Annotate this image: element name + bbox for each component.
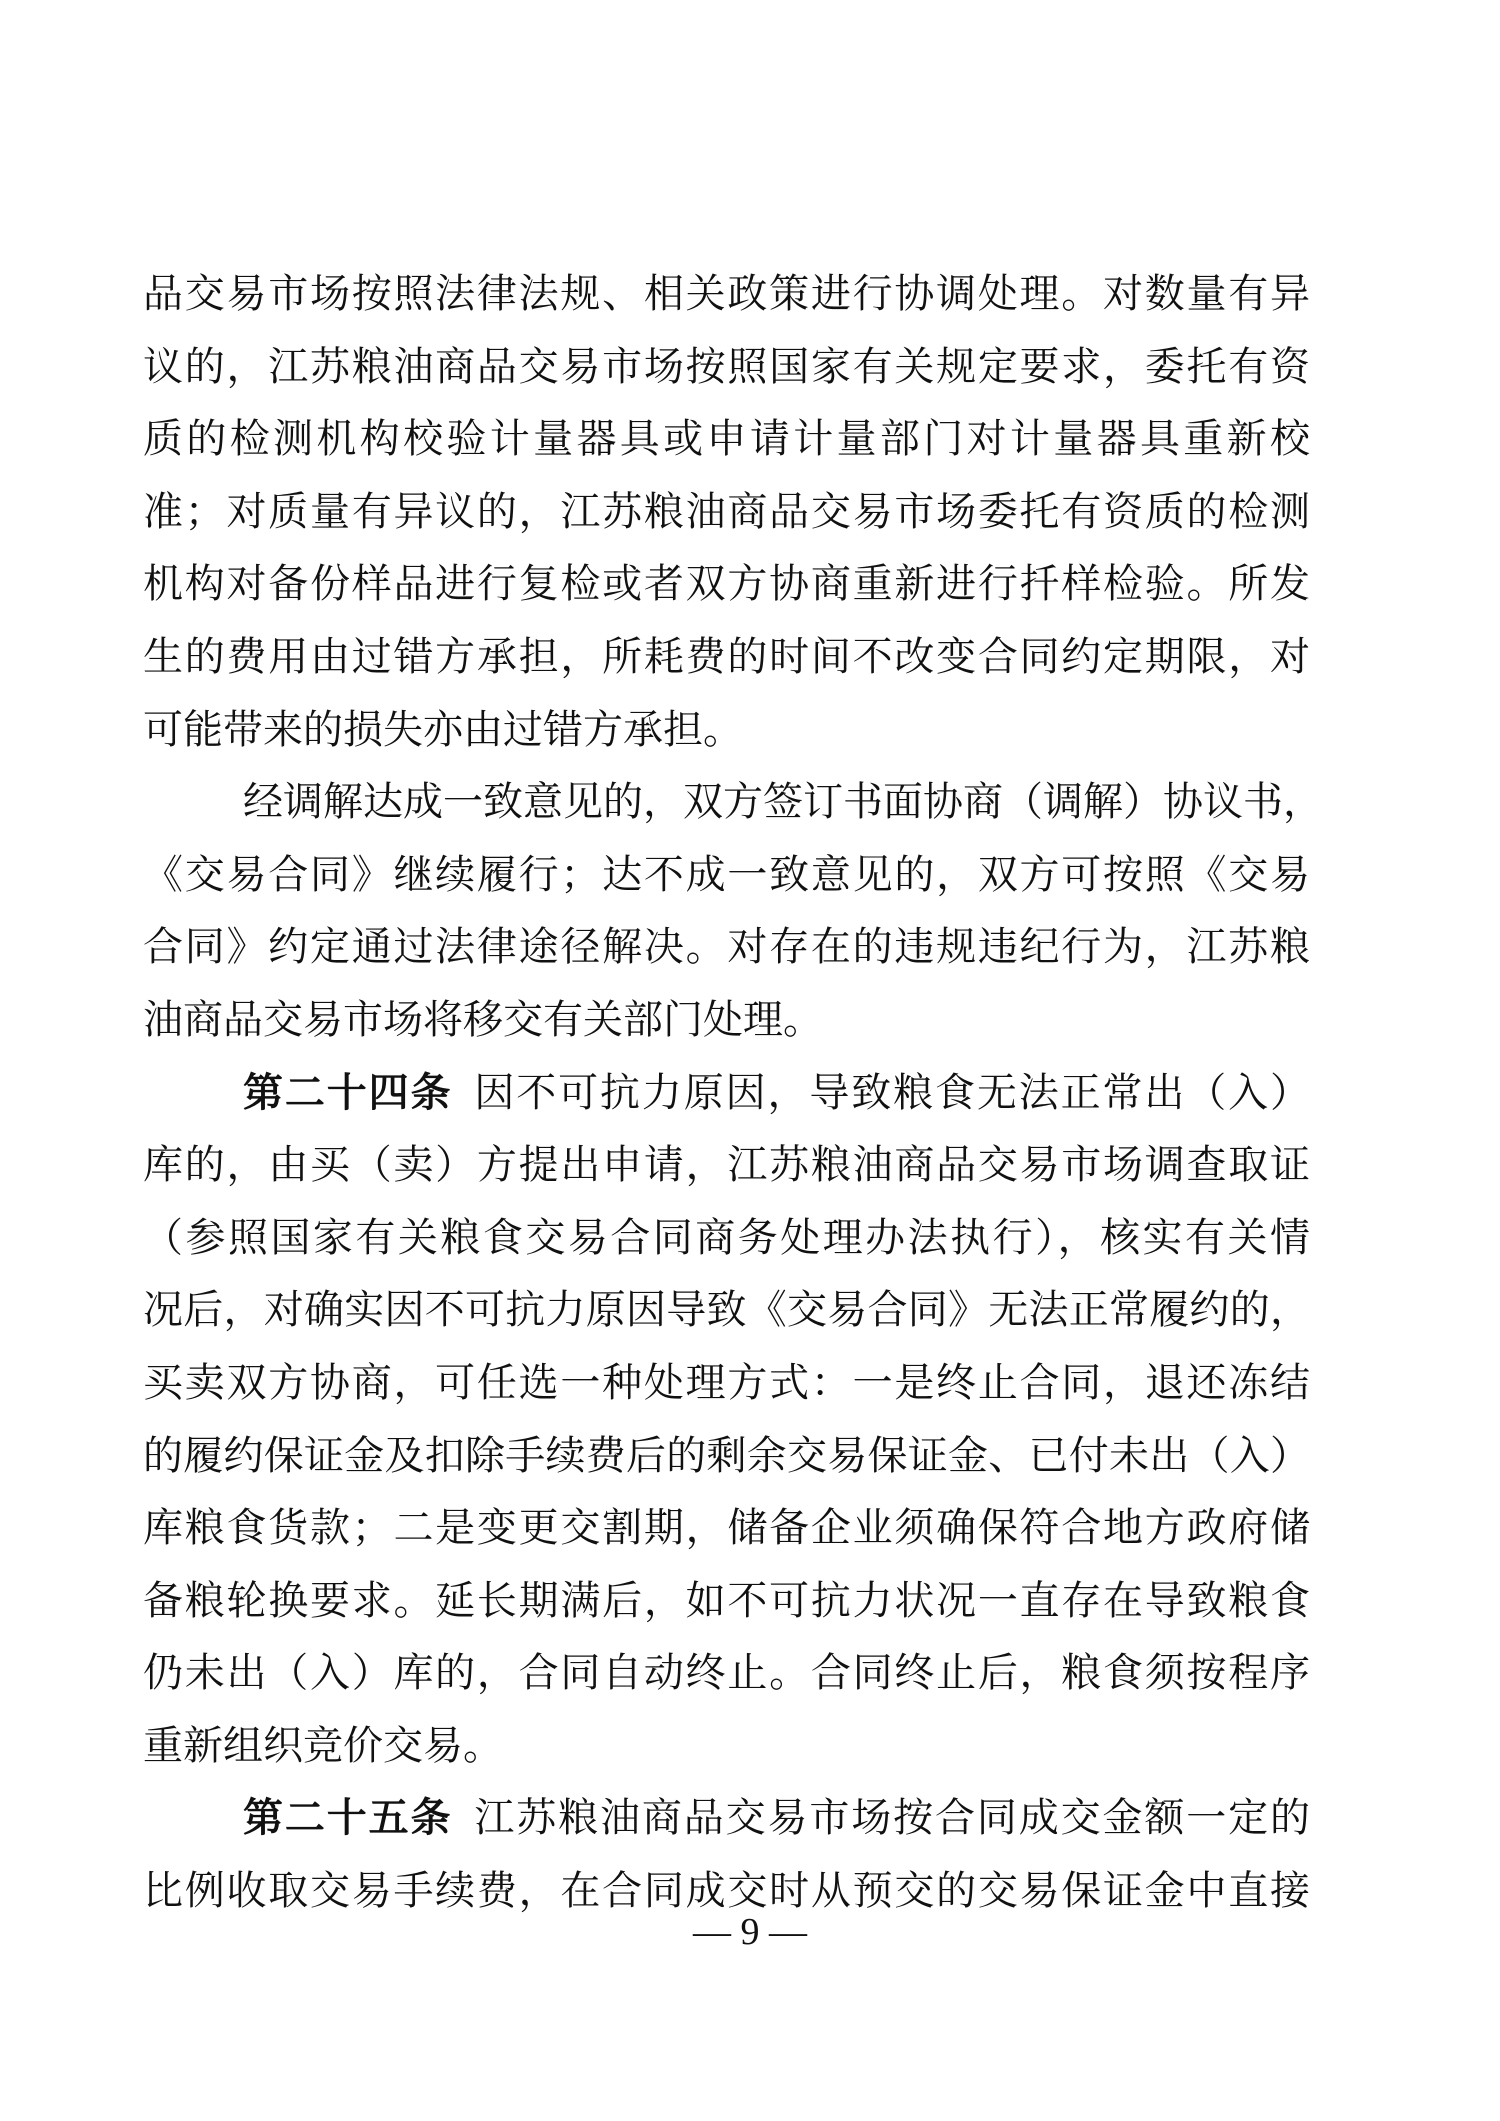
text-line: 重新组织竞价交易。 (143, 1710, 1310, 1783)
text-line: 准；对质量有异议的，江苏粮油商品交易市场委托有资质的检测 (143, 476, 1310, 549)
article-number-25: 第二十五条 (243, 1795, 452, 1840)
text-line: （参照国家有关粮食交易合同商务处理办法执行），核实有关情 (143, 1202, 1310, 1275)
article-number-24: 第二十四条 (243, 1070, 452, 1115)
text-line: 议的，江苏粮油商品交易市场按照国家有关规定要求，委托有资 (143, 331, 1310, 404)
text-line: 买卖双方协商，可任选一种处理方式：一是终止合同，退还冻结 (143, 1347, 1310, 1420)
document-page: 品交易市场按照法律法规、相关政策进行协调处理。对数量有异 议的，江苏粮油商品交易… (0, 0, 1500, 2121)
text-line: 油商品交易市场将移交有关部门处理。 (143, 984, 1310, 1057)
text-line: 库的，由买（卖）方提出申请，江苏粮油商品交易市场调查取证 (143, 1129, 1310, 1202)
text-line: 仍未出（入）库的，合同自动终止。合同终止后，粮食须按程序 (143, 1637, 1310, 1710)
text-line: 备粮轮换要求。延长期满后，如不可抗力状况一直存在导致粮食 (143, 1565, 1310, 1638)
text-line: 况后，对确实因不可抗力原因导致《交易合同》无法正常履约的， (143, 1274, 1310, 1347)
text-line: 经调解达成一致意见的，双方签订书面协商（调解）协议书， (143, 766, 1310, 839)
text-line: 品交易市场按照法律法规、相关政策进行协调处理。对数量有异 (143, 258, 1310, 331)
text-line: 机构对备份样品进行复检或者双方协商重新进行扦样检验。所发 (143, 548, 1310, 621)
page-number: — 9 — (0, 1908, 1500, 1956)
text-line: 的履约保证金及扣除手续费后的剩余交易保证金、已付未出（入） (143, 1420, 1310, 1493)
text-line: 库粮食货款；二是变更交割期，储备企业须确保符合地方政府储 (143, 1492, 1310, 1565)
article-text: 因不可抗力原因，导致粮食无法正常出（入） (474, 1070, 1310, 1115)
text-line: 可能带来的损失亦由过错方承担。 (143, 694, 1310, 767)
text-line: 第二十五条江苏粮油商品交易市场按合同成交金额一定的 (143, 1782, 1310, 1855)
text-line: 生的费用由过错方承担，所耗费的时间不改变合同约定期限，对 (143, 621, 1310, 694)
text-line: 第二十四条因不可抗力原因，导致粮食无法正常出（入） (143, 1057, 1310, 1130)
text-line: 质的检测机构校验计量器具或申请计量部门对计量器具重新校 (143, 403, 1310, 476)
text-line: 《交易合同》继续履行；达不成一致意见的，双方可按照《交易 (143, 839, 1310, 912)
article-text: 江苏粮油商品交易市场按合同成交金额一定的 (474, 1795, 1310, 1840)
text-block: 品交易市场按照法律法规、相关政策进行协调处理。对数量有异 议的，江苏粮油商品交易… (143, 258, 1310, 1928)
text-line: 合同》约定通过法律途径解决。对存在的违规违纪行为，江苏粮 (143, 911, 1310, 984)
